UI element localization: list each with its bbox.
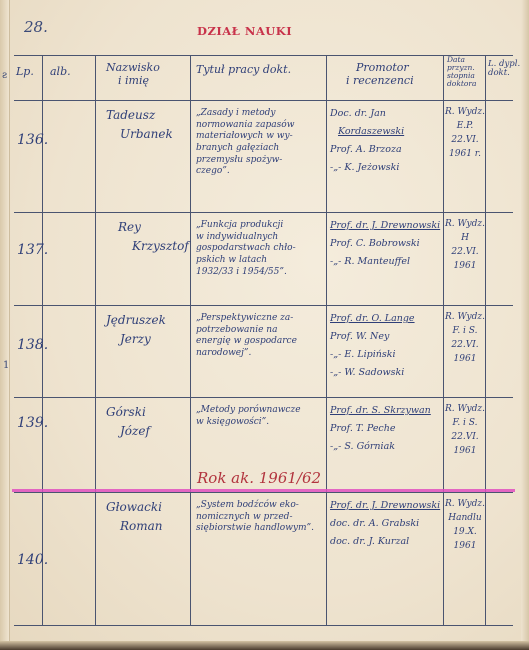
reviewer-name: Prof. C. Bobrowski xyxy=(330,235,442,253)
promoter-name: Prof. dr. J. Drewnowski xyxy=(330,217,442,235)
reviewer-name: -„- W. Sadowski xyxy=(330,364,442,382)
date-line: 1961 xyxy=(445,445,485,459)
name-line: Krzysztof xyxy=(118,237,189,256)
title-line: nomicznych w przed- xyxy=(196,512,326,524)
degree-date: R. Wydz.F. i S.22.VI.1961 xyxy=(445,403,485,459)
thesis-title: „Zasady i metodynormowania zapasówmateri… xyxy=(196,108,326,178)
promoter-block: Prof. dr. S. SkrzywanProf. T. Peche-„- S… xyxy=(330,402,442,456)
date-line: Handlu xyxy=(445,512,485,526)
date-line: 22.VI. xyxy=(445,339,485,353)
reviewer-name: -„- S. Górniak xyxy=(330,438,442,456)
title-line: 1932/33 i 1954/55”. xyxy=(196,267,326,279)
page-number: 28. xyxy=(24,18,48,36)
thesis-title: „Funkcja produkcjiw indywidualnychgospod… xyxy=(196,220,326,278)
date-line: E.P. xyxy=(445,120,485,134)
column-rule xyxy=(95,55,96,625)
reviewer-name: Prof. T. Peche xyxy=(330,420,442,438)
margin-mark: 1 xyxy=(3,360,9,371)
title-line: pskich w latach xyxy=(196,255,326,267)
header-promoter: Promotor i recenzenci xyxy=(346,62,414,87)
column-rule xyxy=(326,55,327,625)
promoter-block: Prof. dr. J. DrewnowskiProf. C. Bobrowsk… xyxy=(330,217,442,271)
academic-year-marker: Rok ak. 1961/62 xyxy=(197,469,321,487)
title-line: w indywidualnych xyxy=(196,232,326,244)
date-line: R. Wydz. xyxy=(445,311,485,325)
date-line: 22.VI. xyxy=(445,246,485,260)
reviewer-name: -„- K. Jeżowski xyxy=(330,159,442,177)
date-line: H xyxy=(445,232,485,246)
date-line: 22.VI. xyxy=(445,431,485,445)
degree-date: R. Wydz.Handlu19.X.1961 xyxy=(445,498,485,554)
promoter-name: Prof. dr. J. Drewnowski xyxy=(330,497,442,515)
title-line: gospodarstwach chło- xyxy=(196,243,326,255)
thesis-title: „Perspektywiczne za-potrzebowanie naener… xyxy=(196,313,326,360)
date-line: R. Wydz. xyxy=(445,498,485,512)
person-name: TadeuszUrbanek xyxy=(106,106,173,143)
person-name: GłowackiRoman xyxy=(106,498,163,535)
degree-date: R. Wydz.F. i S.22.VI.1961 xyxy=(445,311,485,367)
degree-date: R. Wydz.H22.VI.1961 xyxy=(445,218,485,274)
row-number: 140. xyxy=(17,552,48,568)
name-line: Głowacki xyxy=(106,498,163,517)
title-line: normowania zapasów xyxy=(196,120,326,132)
name-line: Jędruszek xyxy=(106,311,166,330)
title-line: „Perspektywiczne za- xyxy=(196,313,326,325)
person-name: GórskiJózef xyxy=(106,403,150,440)
title-line: potrzebowanie na xyxy=(196,325,326,337)
name-line: Józef xyxy=(106,422,150,441)
academic-year-divider xyxy=(12,489,515,492)
name-line: Jerzy xyxy=(106,330,166,349)
column-rule xyxy=(190,55,191,625)
reviewer-name: -„- R. Manteuffel xyxy=(330,253,442,271)
header-diploma: L. dypl. dokt. xyxy=(488,60,520,78)
row-rule xyxy=(14,397,513,398)
ledger-page: 28. DZIAŁ NAUKI Lp. alb. Nazwisko i imię… xyxy=(0,0,529,650)
promoter-name: Kordaszewski xyxy=(330,123,442,141)
name-line: Roman xyxy=(106,517,163,536)
page-left-edge xyxy=(0,0,10,650)
row-number: 139. xyxy=(17,415,48,431)
title-line: „System bodźców eko- xyxy=(196,500,326,512)
promoter-block: Prof. dr. J. Drewnowskidoc. dr. A. Grabs… xyxy=(330,497,442,551)
section-title: DZIAŁ NAUKI xyxy=(197,24,292,38)
promoter-name: Prof. dr. O. Lange xyxy=(330,310,442,328)
header-name: Nazwisko i imię xyxy=(106,62,160,87)
row-rule xyxy=(14,212,513,213)
person-name: ReyKrzysztof xyxy=(118,218,189,255)
thesis-title: „System bodźców eko-nomicznych w przed-s… xyxy=(196,500,326,535)
name-line: Tadeusz xyxy=(106,106,173,125)
date-line: 1961 xyxy=(445,540,485,554)
page-right-edge xyxy=(521,0,529,650)
date-line: 1961 r. xyxy=(445,148,485,162)
title-line: narodowej”. xyxy=(196,348,326,360)
title-line: energię w gospodarce xyxy=(196,336,326,348)
column-rule xyxy=(443,55,444,625)
date-line: R. Wydz. xyxy=(445,403,485,417)
reviewer-name: Prof. A. Brzoza xyxy=(330,141,442,159)
reviewer-name: Prof. W. Ney xyxy=(330,328,442,346)
date-line: R. Wydz. xyxy=(445,218,485,232)
table-bottom-rule xyxy=(14,625,513,626)
date-line: 1961 xyxy=(445,260,485,274)
reviewer-name: -„- E. Lipiński xyxy=(330,346,442,364)
row-number: 136. xyxy=(17,132,48,148)
row-rule xyxy=(14,100,513,101)
date-line: 1961 xyxy=(445,353,485,367)
header-date: Data przyzn. stopnia doktora xyxy=(447,56,476,88)
reviewer-name: doc. dr. J. Kurzal xyxy=(330,533,442,551)
title-line: czego”. xyxy=(196,166,326,178)
header-alb: alb. xyxy=(50,66,71,79)
promoter-block: Prof. dr. O. LangeProf. W. Ney-„- E. Lip… xyxy=(330,310,442,382)
title-line: branych gałęziach xyxy=(196,143,326,155)
promoter-block: Doc. dr. JanKordaszewskiProf. A. Brzoza-… xyxy=(330,105,442,177)
row-number: 138. xyxy=(17,337,48,353)
name-line: Urbanek xyxy=(106,125,173,144)
header-title: Tytuł pracy dokt. xyxy=(196,64,291,77)
title-line: przemysłu spożyw- xyxy=(196,155,326,167)
title-line: „Metody porównawcze xyxy=(196,405,326,417)
date-line: F. i S. xyxy=(445,417,485,431)
table-top-rule xyxy=(14,55,513,56)
reviewer-name: doc. dr. A. Grabski xyxy=(330,515,442,533)
date-line: R. Wydz. xyxy=(445,106,485,120)
row-rule xyxy=(14,492,513,493)
title-line: w księgowości”. xyxy=(196,417,326,429)
name-line: Górski xyxy=(106,403,150,422)
degree-date: R. Wydz.E.P.22.VI.1961 r. xyxy=(445,106,485,162)
header-lp: Lp. xyxy=(16,66,34,79)
title-line: materiałowych w wy- xyxy=(196,131,326,143)
date-line: 19.X. xyxy=(445,526,485,540)
promoter-name: Prof. dr. S. Skrzywan xyxy=(330,402,442,420)
name-line: Rey xyxy=(118,218,189,237)
promoter-line: Doc. dr. Jan xyxy=(330,105,442,123)
column-rule xyxy=(485,55,486,625)
title-line: „Funkcja produkcji xyxy=(196,220,326,232)
date-line: 22.VI. xyxy=(445,134,485,148)
title-line: siębiorstwie handlowym”. xyxy=(196,523,326,535)
thesis-title: „Metody porównawczew księgowości”. xyxy=(196,405,326,428)
margin-mark: ƨ xyxy=(2,70,7,81)
person-name: JędruszekJerzy xyxy=(106,311,166,348)
row-rule xyxy=(14,305,513,306)
date-line: F. i S. xyxy=(445,325,485,339)
page-bottom-edge xyxy=(0,641,529,650)
row-number: 137. xyxy=(17,242,48,258)
title-line: „Zasady i metody xyxy=(196,108,326,120)
